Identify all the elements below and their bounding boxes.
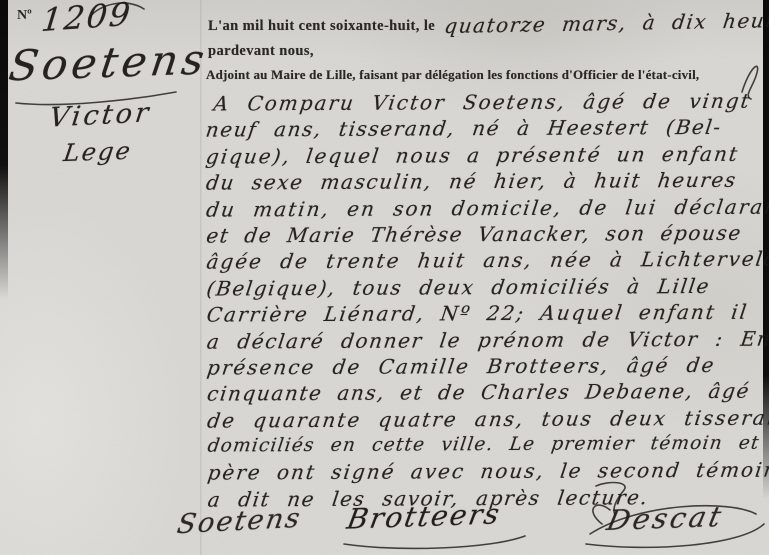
manuscript-line: a déclaré donner le prénom de Victor : E…: [205, 325, 769, 355]
margin-given-name: Victor: [48, 97, 153, 133]
record-number: 1209: [40, 0, 134, 39]
manuscript-line: du matin, en son domicile, de lui déclar…: [205, 193, 769, 223]
signature-official: Descat: [604, 500, 727, 537]
manuscript-line: de quarante quatre ans, tous deux tisser…: [206, 404, 769, 434]
witness-signature-underline: [340, 534, 530, 554]
manuscript-line: neuf ans, tisserand, né à Heestert (Bel-: [204, 114, 769, 144]
manuscript-line: du sexe masculin, né hier, à huit heures: [204, 167, 769, 197]
record-number-label: Nº: [17, 8, 32, 24]
manuscript-line: cinquante ans, et de Charles Debaene, âg…: [206, 378, 769, 408]
margin-legitimacy-note: Lege: [62, 137, 134, 167]
printed-preamble-line3: Adjoint au Maire de Lille, faisant par d…: [206, 67, 699, 83]
manuscript-line: domiciliés en cette ville. Le premier té…: [206, 430, 769, 460]
margin-surname: Soetens: [6, 35, 211, 91]
manuscript-line: A Comparu Victor Soetens, âgé de vingt: [204, 87, 769, 117]
manuscript-line: présence de Camille Brotteers, âgé de: [205, 351, 769, 381]
manuscript-line: gique), lequel nous a présenté un enfant: [204, 140, 769, 170]
manuscript-line: âgée de trente huit ans, née à Lichterve…: [205, 246, 769, 276]
scanned-birth-record: Nº 1209 Soetens Victor Lege L'an mil hui…: [0, 0, 769, 555]
manuscript-line: Carrière Liénard, Nº 22; Auquel enfant i…: [205, 299, 769, 329]
printed-preamble-line1: L'an mil huit cent soixante-huit, le: [208, 18, 435, 35]
signature-father: Soetens: [175, 503, 304, 540]
handwritten-date: quatorze mars, à dix heures du matin: [443, 6, 769, 38]
manuscript-line: et de Marie Thérèse Vanacker, son épouse: [205, 219, 769, 249]
manuscript-line: père ont signé avec nous, le second témo…: [206, 457, 769, 487]
manuscript-line: (Belgique), tous deux domiciliés à Lille: [205, 272, 769, 302]
scan-edge-left: [0, 0, 8, 300]
manuscript-body: A Comparu Victor Soetens, âgé de vingt n…: [204, 87, 769, 512]
printed-preamble-line2: pardevant nous,: [208, 43, 314, 60]
signature-first-witness: Brotteers: [345, 497, 504, 535]
